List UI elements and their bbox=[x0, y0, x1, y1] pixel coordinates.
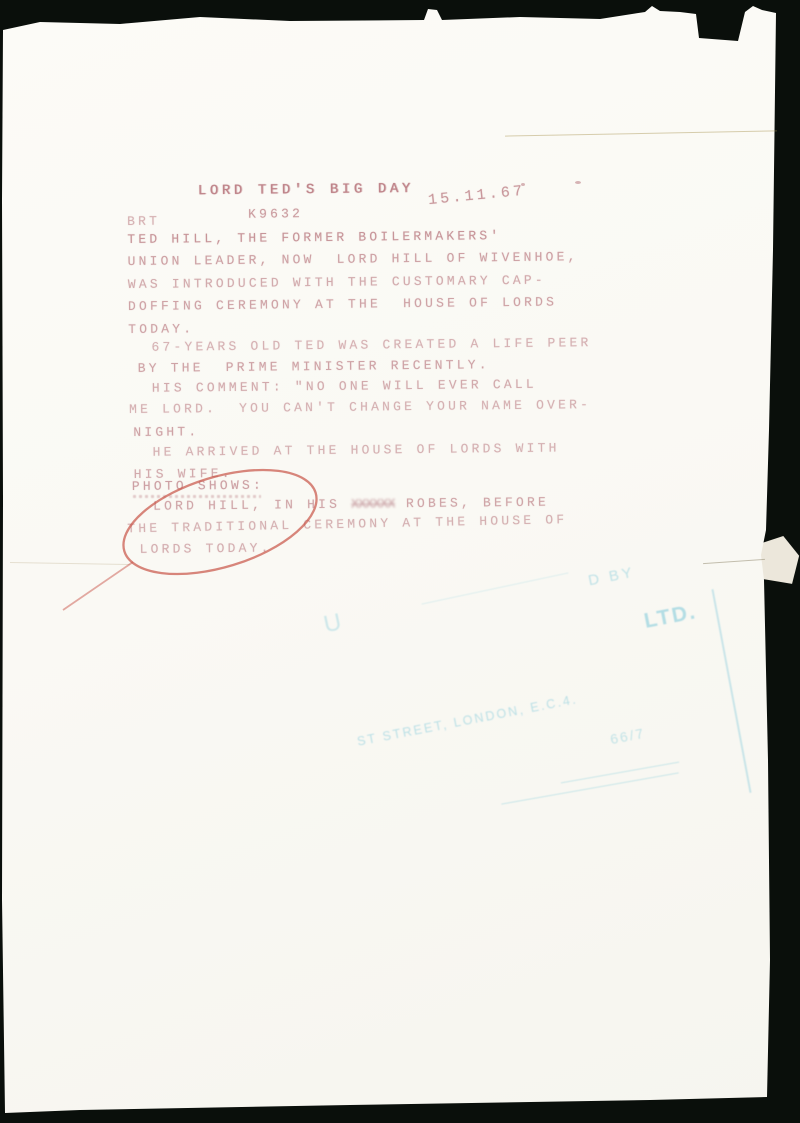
body-line: 67-YEARS OLD TED WAS CREATED A LIFE PEER bbox=[151, 336, 591, 354]
ink-speck bbox=[575, 181, 581, 184]
body-line: BY THE PRIME MINISTER RECENTLY. bbox=[138, 358, 490, 375]
body-line: UNION LEADER, NOW LORD HILL OF WIVENHOE, bbox=[127, 250, 578, 268]
scanned-photo-caption-sheet: D BY LTD. U ST STREET, LONDON, E.C.4. 66… bbox=[0, 0, 800, 1123]
body-line: TODAY. bbox=[128, 322, 194, 336]
caption-text: ROBES, BEFORE bbox=[395, 495, 549, 512]
body-line: NIGHT. bbox=[133, 425, 199, 439]
slug-code: BRT bbox=[127, 215, 160, 228]
date-stamp: 15.11.67 bbox=[427, 185, 525, 207]
body-line: WAS INTRODUCED WITH THE CUSTOMARY CAP- bbox=[128, 274, 546, 291]
ink-speck bbox=[521, 183, 525, 186]
body-line: HIS COMMENT: "NO ONE WILL EVER CALL bbox=[152, 378, 537, 395]
body-line: ME LORD. YOU CAN'T CHANGE YOUR NAME OVER… bbox=[129, 398, 591, 416]
body-line: TED HILL, THE FORMER BOILERMAKERS' bbox=[127, 229, 501, 246]
overstruck-word: XXXXXX bbox=[351, 496, 395, 511]
body-line: DOFFING CEREMONY AT THE HOUSE OF LORDS bbox=[128, 296, 557, 313]
red-circle-annotation bbox=[55, 452, 355, 622]
caption-title: LORD TED'S BIG DAY bbox=[198, 183, 414, 198]
reference-number: K9632 bbox=[248, 207, 303, 221]
